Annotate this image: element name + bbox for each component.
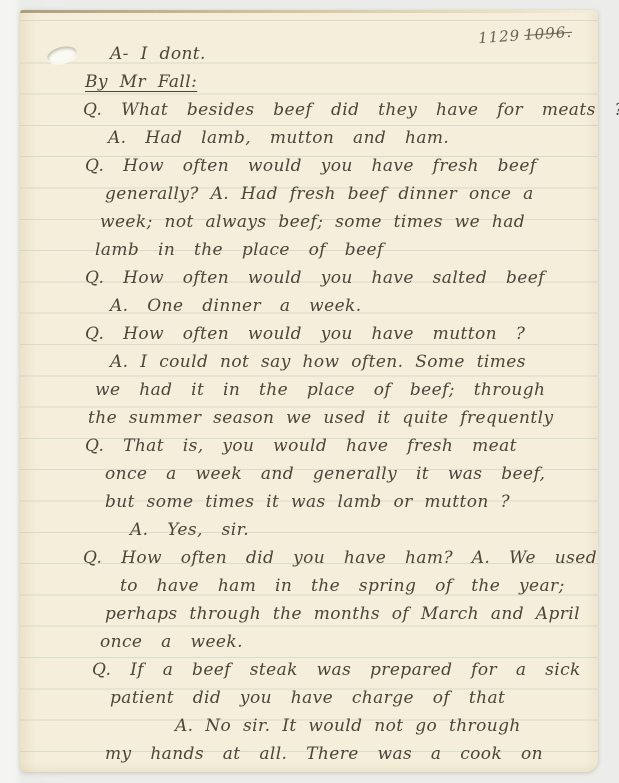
handwriting-line: week; not always beef; some times we had [20, 208, 592, 236]
handwriting-line: once a week. [20, 628, 592, 656]
handwriting-line: we had it in the place of beef; through [20, 376, 592, 404]
scan-background: 11291096. A- I dont.By Mr Fall:Q. What b… [0, 0, 619, 783]
handwriting-line: A. Had lamb, mutton and ham. [20, 124, 592, 152]
handwriting-line: Q. How often would you have mutton ? [20, 320, 592, 348]
handwriting-lines: A- I dont.By Mr Fall:Q. What besides bee… [20, 40, 592, 768]
handwriting-line: to have ham in the spring of the year; [20, 572, 592, 600]
handwriting-line: patient did you have charge of that [20, 684, 592, 712]
handwriting-line: my hands at all. There was a cook on [20, 740, 592, 768]
examiner-heading: By Mr Fall: [20, 68, 592, 96]
handwriting-line: Q. What besides beef did they have for m… [20, 96, 592, 124]
handwriting-line: A- I dont. [20, 40, 592, 68]
handwriting-line: A. I could not say how often. Some times [20, 348, 592, 376]
handwriting-line: generally? A. Had fresh beef dinner once… [20, 180, 592, 208]
handwriting-line: but some times it was lamb or mutton ? [20, 488, 592, 516]
handwriting-line: A. Yes, sir. [20, 516, 592, 544]
handwriting-line: perhaps through the months of March and … [20, 600, 592, 628]
handwriting-line: Q. How often would you have salted beef [20, 264, 592, 292]
handwriting-line: Q. How often would you have fresh beef [20, 152, 592, 180]
handwriting-line: Q. If a beef steak was prepared for a si… [20, 656, 592, 684]
handwriting-line: Q. How often did you have ham? A. We use… [20, 544, 592, 572]
handwriting-line: once a week and generally it was beef, [20, 460, 592, 488]
document-page: 11291096. A- I dont.By Mr Fall:Q. What b… [20, 10, 598, 772]
handwriting-line: lamb in the place of beef [20, 236, 592, 264]
handwriting-line: Q. That is, you would have fresh meat [20, 432, 592, 460]
handwriting-line: A. One dinner a week. [20, 292, 592, 320]
handwriting-line: the summer season we used it quite frequ… [20, 404, 592, 432]
handwriting-line: A. No sir. It would not go through [20, 712, 592, 740]
